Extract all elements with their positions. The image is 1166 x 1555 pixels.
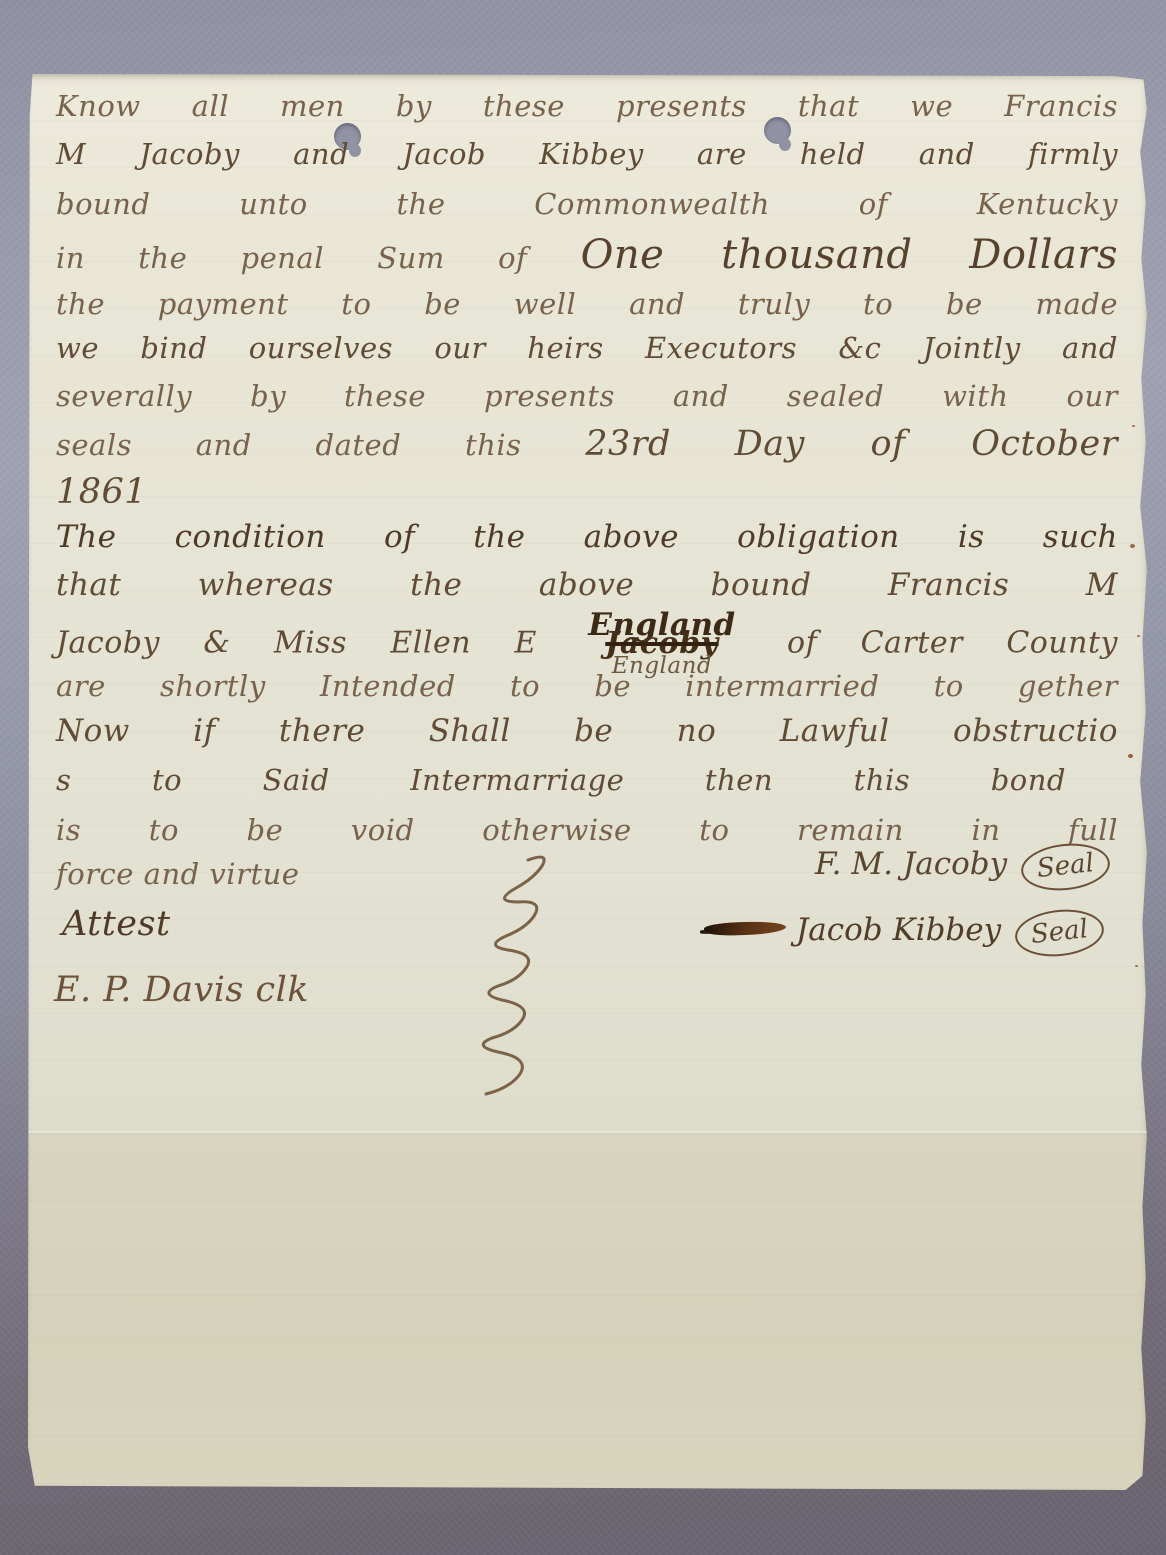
dated-phrase: seals and dated this <box>56 428 522 462</box>
clerk-signature: E. P. Davis clk <box>54 970 1116 1010</box>
photo-background: Know all men by these presents that we F… <box>0 0 1166 1555</box>
document-page: Know all men by these presents that we F… <box>28 74 1148 1490</box>
foxing-specks <box>1130 544 1135 548</box>
doc-line-10: The condition of the above obligation is… <box>56 520 1118 556</box>
fold-crease <box>28 1131 1148 1135</box>
doc-line-7: severally by these presents and sealed w… <box>56 380 1118 413</box>
signature-kibbey-name: Jacob Kibbey <box>796 912 1001 948</box>
seal-mark-jacoby: Seal <box>1019 839 1112 894</box>
signature-jacoby-name: F. M. Jacoby <box>815 846 1007 882</box>
bond-amount: One thousand Dollars <box>581 232 1118 278</box>
signature-kibbey: Jacob Kibbey Seal <box>796 910 1104 956</box>
doc-line-6: we bind ourselves our heirs Executors &c… <box>56 332 1118 365</box>
penal-sum-phrase: in the penal Sum of <box>56 241 527 275</box>
bond-day: 23rd <box>585 424 671 464</box>
doc-line-8: seals and dated this 23rd Day of October <box>56 424 1118 464</box>
doc-line-13: are shortly Intended to be intermarried … <box>56 670 1118 703</box>
county-phrase: of Carter County <box>787 626 1118 661</box>
doc-line-11: that whereas the above bound Francis M <box>56 568 1118 604</box>
doc-line-15: s to Said Intermarriage then this bond <box>56 764 1066 797</box>
doc-line-4: in the penal Sum of One thousand Dollars <box>56 232 1118 278</box>
bride-phrase: Jacoby & Miss Ellen E <box>56 626 537 661</box>
bond-month: Day of October <box>735 424 1118 464</box>
signature-jacoby: F. M. Jacoby Seal <box>815 844 1110 890</box>
flourish-squiggle-icon <box>466 854 576 1114</box>
doc-line-14: Now if there Shall be no Lawful obstruct… <box>56 714 1118 750</box>
doc-line-5: the payment to be well and truly to be m… <box>56 288 1118 321</box>
doc-line-1: Know all men by these presents that we F… <box>56 90 1118 123</box>
doc-line-12: Jacoby & Miss Ellen E England Jacoby Eng… <box>56 614 1118 675</box>
bond-year: 1861 <box>56 472 1118 512</box>
doc-line-2: M Jacoby and Jacob Kibbey are held and f… <box>56 138 1118 171</box>
seal-mark-kibbey: Seal <box>1013 905 1106 960</box>
doc-line-16: is to be void otherwise to remain in ful… <box>56 814 1118 847</box>
doc-line-3: bound unto the Commonwealth of Kentucky <box>56 188 1118 221</box>
correction-stack: England Jacoby England <box>588 614 735 675</box>
